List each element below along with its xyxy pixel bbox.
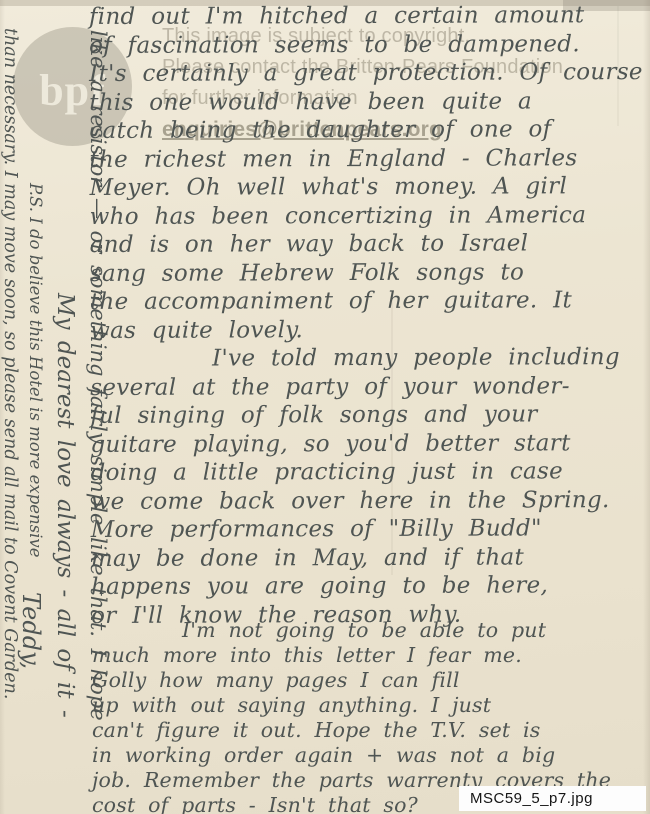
margin-line-ps-1: P.S. I do believe this Hotel is more exp… <box>26 183 45 558</box>
letter-body-upper: find out I'm hitched a certain amount of… <box>89 1 645 630</box>
letter-line: Meyer. Oh well what's money. A girl <box>90 172 644 202</box>
letter-line: catch being the daughter of one of <box>89 115 643 145</box>
letter-line: up with out saying anything. I just <box>92 693 611 718</box>
letter-line: the richest men in England - Charles <box>89 144 643 174</box>
letter-line: the accompaniment of her guitare. It <box>90 286 644 316</box>
letter-line: this one would have been quite a <box>89 87 643 117</box>
letter-line: and is on her way back to Israel <box>90 229 644 259</box>
letter-line: may be done in May, and if that <box>91 543 645 573</box>
letter-line: I've told many people including <box>90 343 644 373</box>
scan-right-edge-shadow <box>643 0 650 814</box>
letter-line: was quite lovely. <box>90 315 644 345</box>
letter-body-lower: I'm not going to be able to put much mor… <box>92 618 611 814</box>
letter-line: of fascination seems to be dampened. <box>89 30 643 60</box>
letter-line: I'm not going to be able to put <box>92 618 611 643</box>
letter-line: happens you are going to be here, <box>91 571 645 601</box>
letter-line: Golly how many pages I can fill <box>92 668 611 693</box>
margin-line-ps-2: than necessary. I may move soon, so plea… <box>0 28 20 699</box>
letter-line: we come back over here in the Spring. <box>91 486 645 516</box>
letter-line: More performances of "Billy Budd" <box>91 514 645 544</box>
letter-line: can't figure it out. Hope the T.V. set i… <box>92 718 611 743</box>
margin-line-closing: My dearest love always - all of it - <box>52 293 78 718</box>
letter-line: It's certainly a great protection. Of co… <box>89 58 643 88</box>
scanned-letter-page: bpf This image is subject to copyright. … <box>0 0 650 814</box>
letter-line: find out I'm hitched a certain amount <box>89 1 643 31</box>
letter-line: guitare playing, so you'd better start <box>90 429 644 459</box>
letter-line: who has been concertizing in America <box>90 201 644 231</box>
filename-label: MSC59_5_p7.jpg <box>459 786 646 811</box>
letter-line: doing a little practicing just in case <box>90 457 644 487</box>
letter-line: in working order again + was not a big <box>92 743 611 768</box>
letter-line: sang some Hebrew Folk songs to <box>90 258 644 288</box>
letter-line: ful singing of folk songs and your <box>90 400 644 430</box>
margin-line-signature: Teddy, <box>17 592 45 669</box>
margin-line-postscript-inner: like a resistor — or something fairly si… <box>86 30 110 721</box>
letter-line: much more into this letter I fear me. <box>92 643 611 668</box>
letter-line: several at the party of your wonder- <box>90 372 644 402</box>
